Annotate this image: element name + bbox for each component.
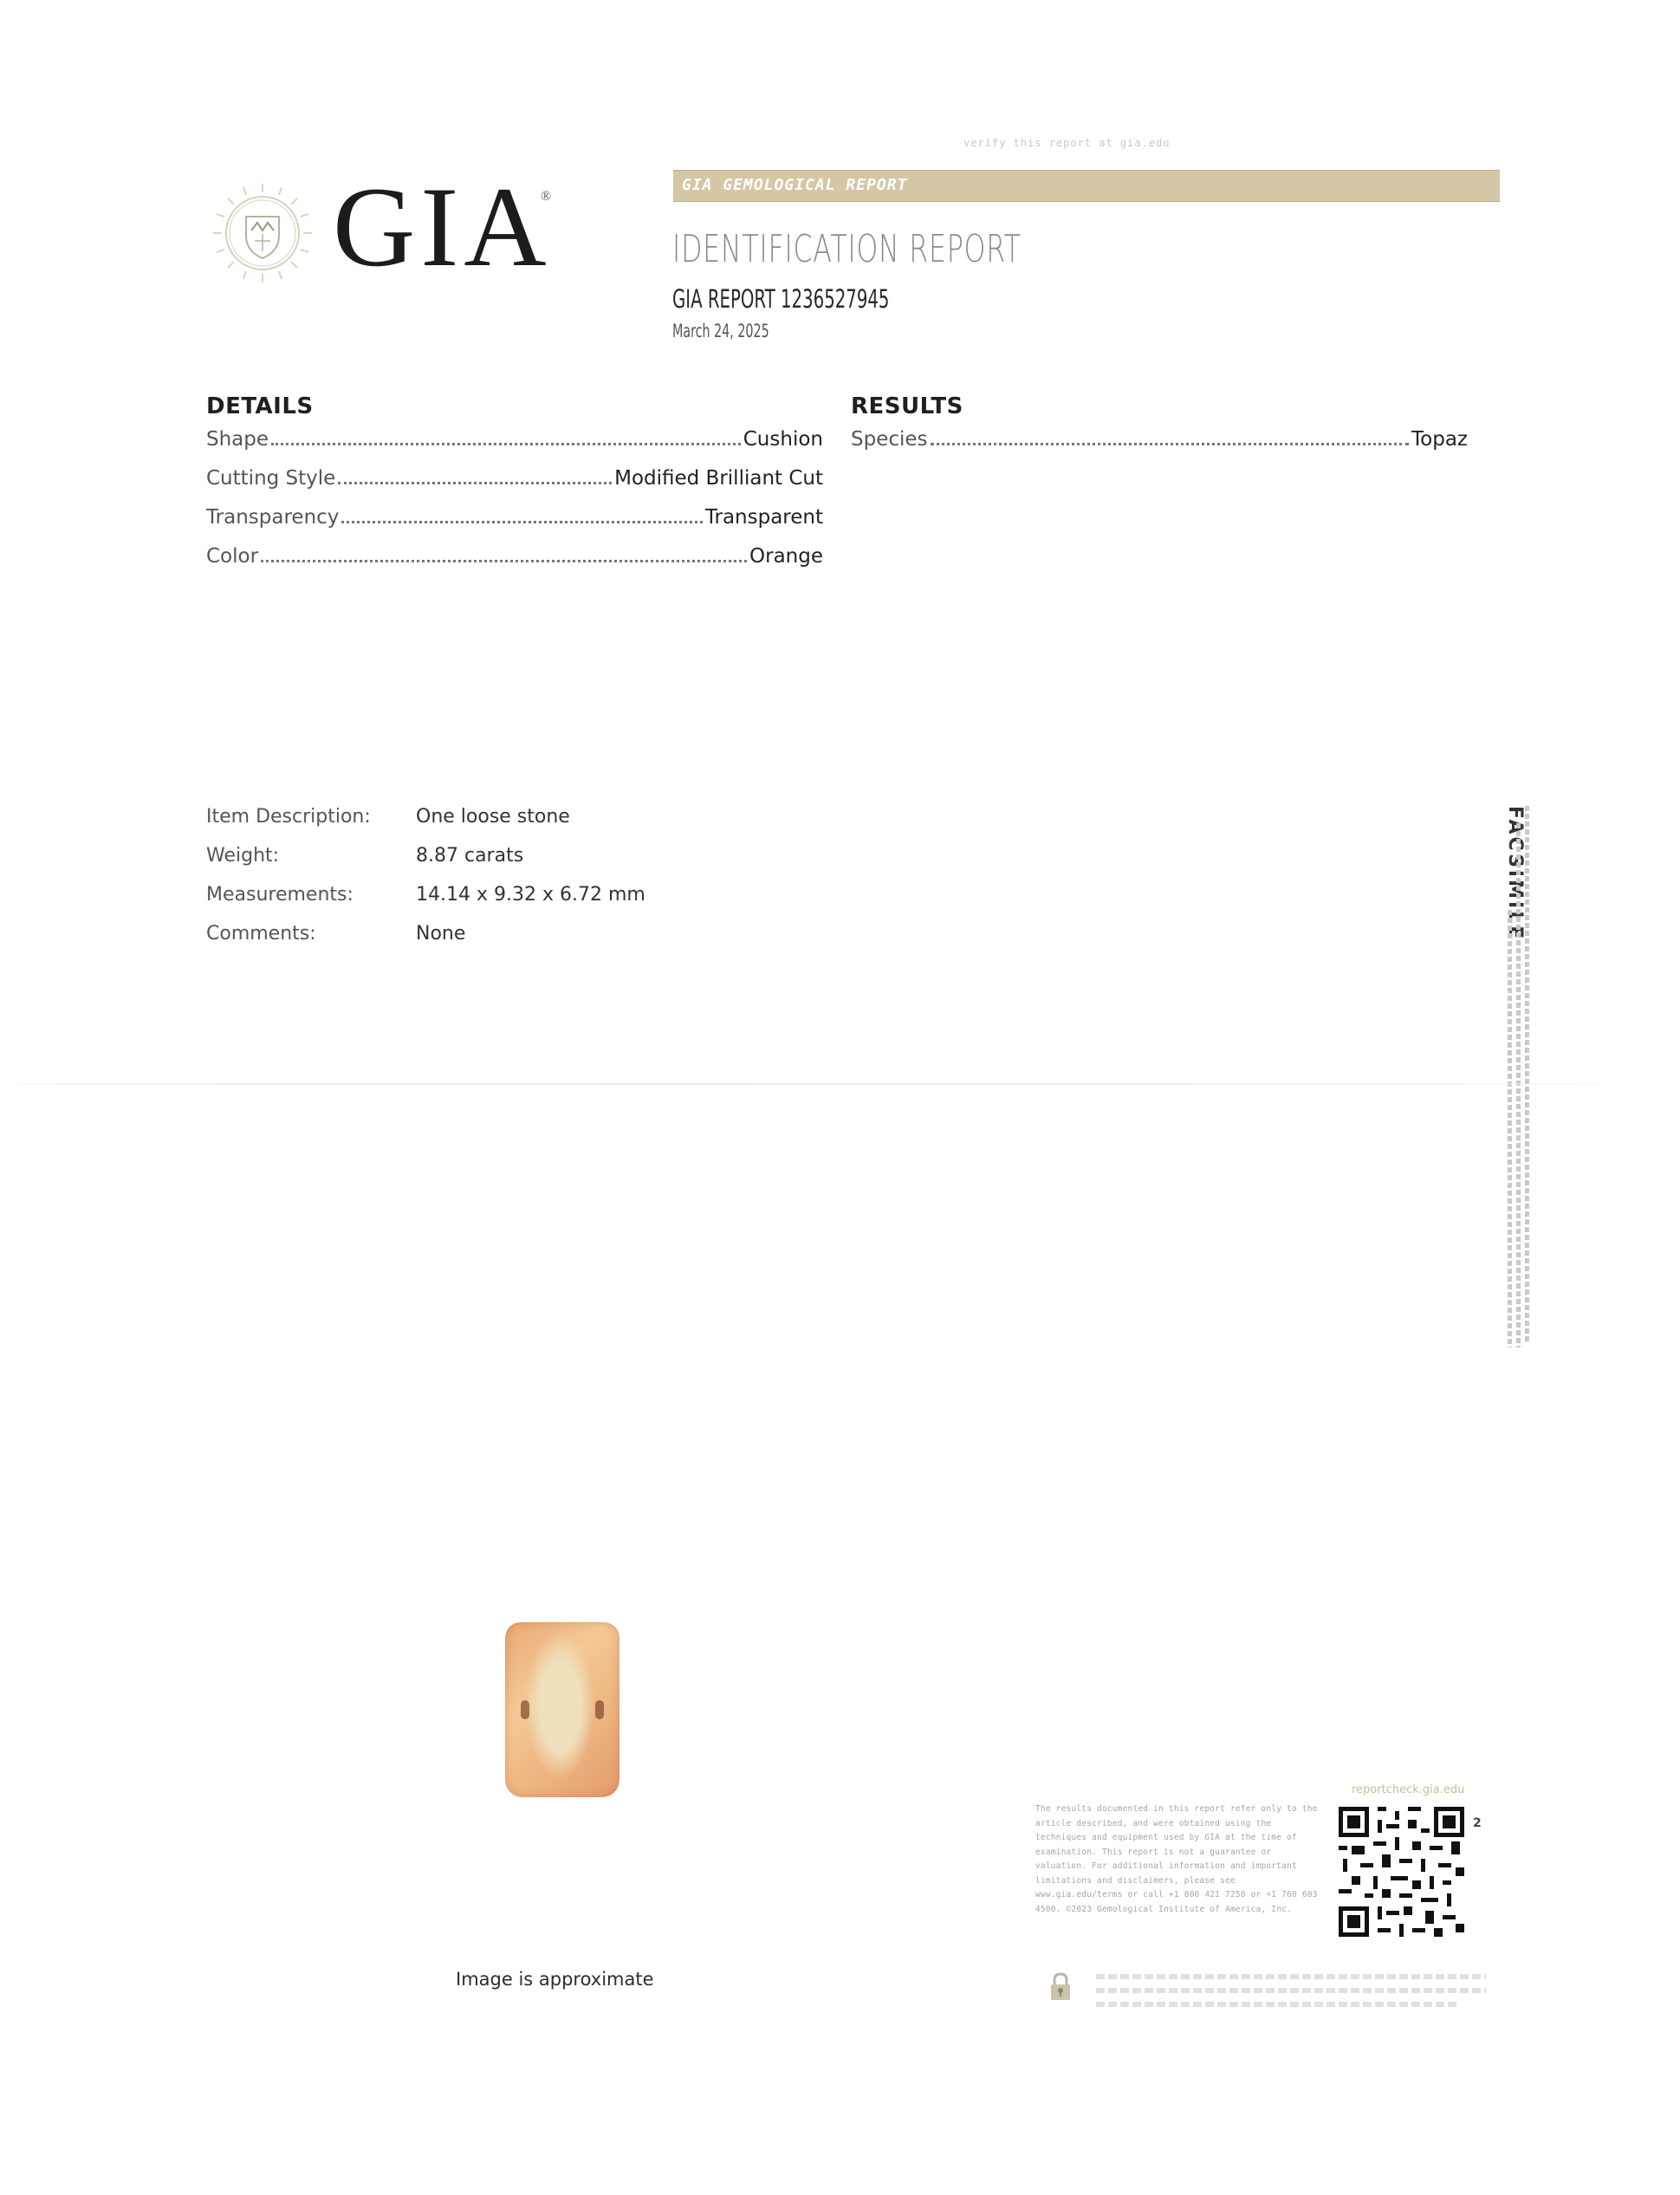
details-section: DETAILS Shape Cushion Cutting Style Modi… [206, 393, 823, 584]
details-title: DETAILS [206, 393, 823, 419]
gem-facet [521, 1700, 529, 1719]
leader-dots [338, 481, 612, 484]
security-row [1044, 1965, 1495, 2026]
detail-value: Orange [749, 545, 823, 568]
item-row: Item Description: One loose stone [206, 806, 645, 845]
results-title: RESULTS [851, 393, 1468, 419]
item-label: Item Description: [206, 806, 416, 828]
disclaimer-text: The results documented in this report re… [1035, 1802, 1326, 1917]
detail-row-shape: Shape Cushion [206, 428, 823, 467]
detail-label: Cutting Style [206, 467, 335, 490]
detail-value: Cushion [743, 428, 823, 451]
item-value: 8.87 carats [416, 845, 523, 867]
gem-image [505, 1622, 619, 1797]
report-band: GIA GEMOLOGICAL REPORT [673, 170, 1500, 202]
security-fine-print [1096, 2002, 1460, 2007]
fold-line [0, 1083, 1680, 1085]
leader-dots [261, 559, 747, 562]
facsimile-strip: FACSIMILE [1504, 806, 1532, 1352]
gia-seal-icon [211, 182, 314, 284]
item-row: Comments: None [206, 923, 645, 962]
report-date: March 24, 2025 [672, 321, 769, 341]
results-list: Species Topaz [851, 428, 1468, 467]
band-label: GIA GEMOLOGICAL REPORT [682, 176, 907, 194]
item-value: None [416, 923, 465, 945]
qr-superscript: 2 [1473, 1816, 1482, 1830]
security-fine-print [1096, 1988, 1486, 1993]
detail-row-transparency: Transparency Transparent [206, 506, 823, 545]
result-row-species: Species Topaz [851, 428, 1468, 467]
result-value: Topaz [1411, 428, 1468, 451]
detail-row-color: Color Orange [206, 545, 823, 584]
security-fine-print [1096, 1974, 1486, 1979]
padlock-icon [1049, 1972, 1072, 2002]
gem-facet [595, 1700, 604, 1719]
facsimile-fine-print [1516, 823, 1521, 1348]
leader-dots [341, 520, 702, 523]
facsimile-fine-print [1508, 910, 1512, 1348]
facsimile-fine-print [1525, 806, 1529, 1343]
detail-label: Color [206, 545, 258, 568]
item-label: Measurements: [206, 884, 416, 906]
qr-label[interactable]: reportcheck.gia.edu [1352, 1783, 1464, 1796]
item-row: Weight: 8.87 carats [206, 845, 645, 884]
detail-value: Transparent [705, 506, 823, 529]
registered-mark: ® [541, 189, 551, 205]
detail-value: Modified Brilliant Cut [614, 467, 823, 490]
item-description-block: Item Description: One loose stone Weight… [206, 806, 645, 962]
results-section: RESULTS Species Topaz [851, 393, 1468, 467]
item-value: 14.14 x 9.32 x 6.72 mm [416, 884, 645, 906]
leader-dots [931, 442, 1409, 445]
detail-label: Shape [206, 428, 269, 451]
details-list: Shape Cushion Cutting Style Modified Bri… [206, 428, 823, 584]
item-row: Measurements: 14.14 x 9.32 x 6.72 mm [206, 884, 645, 923]
qr-code-icon[interactable] [1339, 1807, 1464, 1937]
image-caption: Image is approximate [456, 1969, 654, 1990]
detail-row-cutting-style: Cutting Style Modified Brilliant Cut [206, 467, 823, 506]
gia-wordmark: GIA [333, 170, 552, 284]
result-label: Species [851, 428, 928, 451]
verify-note: verify this report at gia.edu [963, 137, 1171, 149]
leader-dots [271, 442, 741, 445]
item-label: Comments: [206, 923, 416, 945]
item-value: One loose stone [416, 806, 570, 828]
document-title: IDENTIFICATION REPORT [672, 227, 1022, 271]
detail-label: Transparency [206, 506, 339, 529]
item-label: Weight: [206, 845, 416, 867]
report-number: GIA REPORT 1236527945 [672, 284, 889, 314]
